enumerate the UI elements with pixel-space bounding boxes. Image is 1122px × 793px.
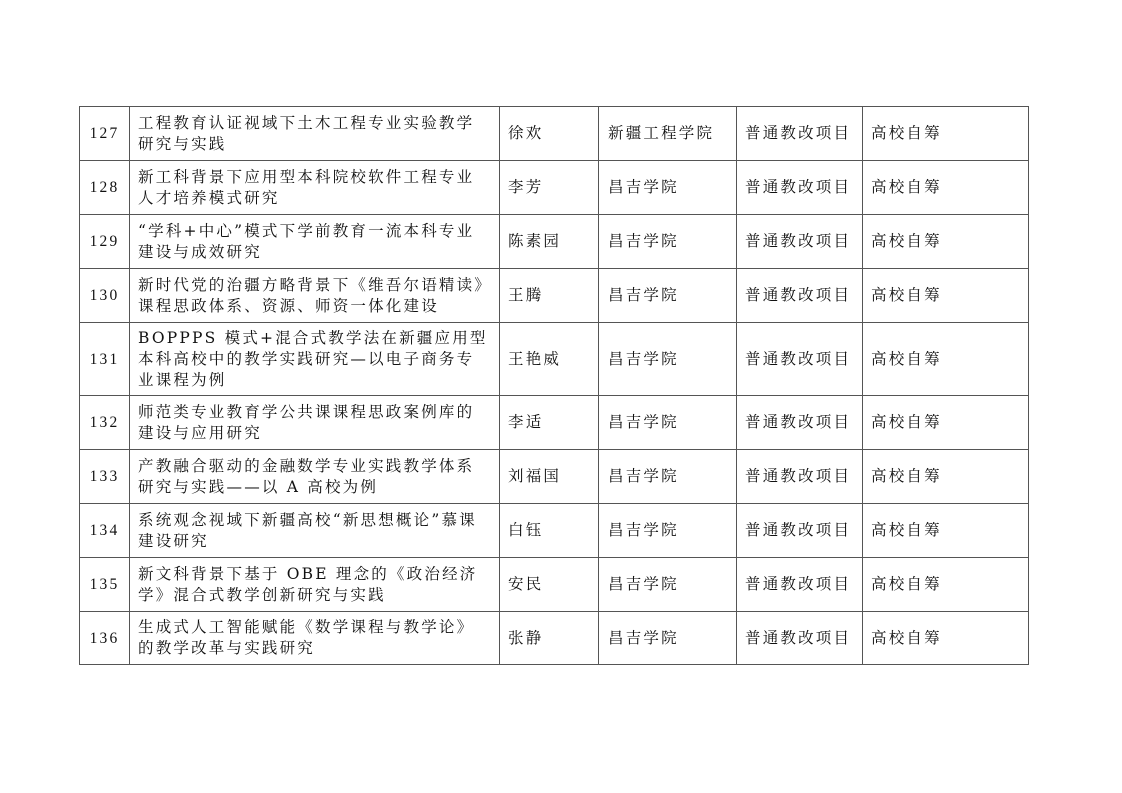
- project-title-line: 工程教育认证视域下土木工程专业实验教学: [138, 113, 497, 134]
- funding-source: 高校自筹: [863, 269, 1029, 323]
- project-type: 普通教改项目: [737, 269, 863, 323]
- school-name: 昌吉学院: [599, 558, 737, 612]
- project-type: 普通教改项目: [737, 161, 863, 215]
- school-name: 新疆工程学院: [599, 107, 737, 161]
- project-leader: 王艳威: [500, 323, 599, 396]
- table-row: 135 新文科背景下基于 OBE 理念的《政治经济 学》混合式教学创新研究与实践…: [80, 558, 1029, 612]
- funding-source: 高校自筹: [863, 450, 1029, 504]
- funding-source: 高校自筹: [863, 558, 1029, 612]
- project-title-line: 新时代党的治疆方略背景下《维吾尔语精读》: [138, 275, 497, 296]
- funding-source: 高校自筹: [863, 161, 1029, 215]
- project-title-line: 课程思政体系、资源、师资一体化建设: [138, 296, 497, 317]
- project-title-line: BOPPPS 模式+混合式教学法在新疆应用型: [138, 328, 497, 349]
- table-row: 133 产教融合驱动的金融数学专业实践教学体系 研究与实践——以 A 高校为例 …: [80, 450, 1029, 504]
- project-leader: 陈素园: [500, 215, 599, 269]
- table-row: 127 工程教育认证视域下土木工程专业实验教学 研究与实践 徐欢 新疆工程学院 …: [80, 107, 1029, 161]
- school-name: 昌吉学院: [599, 215, 737, 269]
- table-row: 130 新时代党的治疆方略背景下《维吾尔语精读》 课程思政体系、资源、师资一体化…: [80, 269, 1029, 323]
- row-number: 136: [80, 612, 130, 665]
- project-type: 普通教改项目: [737, 612, 863, 665]
- project-title-line: 新工科背景下应用型本科院校软件工程专业: [138, 167, 497, 188]
- table-row: 128 新工科背景下应用型本科院校软件工程专业 人才培养模式研究 李芳 昌吉学院…: [80, 161, 1029, 215]
- project-type: 普通教改项目: [737, 450, 863, 504]
- school-name: 昌吉学院: [599, 450, 737, 504]
- project-title: “学科+中心”模式下学前教育一流本科专业 建设与成效研究: [130, 215, 500, 269]
- document-page: 127 工程教育认证视域下土木工程专业实验教学 研究与实践 徐欢 新疆工程学院 …: [0, 0, 1122, 793]
- project-title-line: 学》混合式教学创新研究与实践: [138, 585, 497, 606]
- table-row: 132 师范类专业教育学公共课课程思政案例库的 建设与应用研究 李适 昌吉学院 …: [80, 396, 1029, 450]
- project-leader: 刘福国: [500, 450, 599, 504]
- school-name: 昌吉学院: [599, 504, 737, 558]
- row-number: 135: [80, 558, 130, 612]
- project-table: 127 工程教育认证视域下土木工程专业实验教学 研究与实践 徐欢 新疆工程学院 …: [79, 106, 1029, 665]
- project-type: 普通教改项目: [737, 323, 863, 396]
- project-leader: 白钰: [500, 504, 599, 558]
- project-type: 普通教改项目: [737, 396, 863, 450]
- school-name: 昌吉学院: [599, 269, 737, 323]
- funding-source: 高校自筹: [863, 396, 1029, 450]
- project-title: 新文科背景下基于 OBE 理念的《政治经济 学》混合式教学创新研究与实践: [130, 558, 500, 612]
- funding-source: 高校自筹: [863, 215, 1029, 269]
- project-title-line: 研究与实践——以 A 高校为例: [138, 477, 497, 498]
- row-number: 129: [80, 215, 130, 269]
- row-number: 130: [80, 269, 130, 323]
- project-leader: 安民: [500, 558, 599, 612]
- project-title: 新工科背景下应用型本科院校软件工程专业 人才培养模式研究: [130, 161, 500, 215]
- school-name: 昌吉学院: [599, 161, 737, 215]
- funding-source: 高校自筹: [863, 323, 1029, 396]
- project-leader: 王腾: [500, 269, 599, 323]
- table-row: 134 系统观念视域下新疆高校“新思想概论”慕课 建设研究 白钰 昌吉学院 普通…: [80, 504, 1029, 558]
- table-row: 136 生成式人工智能赋能《数学课程与教学论》 的教学改革与实践研究 张静 昌吉…: [80, 612, 1029, 665]
- project-title: 产教融合驱动的金融数学专业实践教学体系 研究与实践——以 A 高校为例: [130, 450, 500, 504]
- table-row: 131 BOPPPS 模式+混合式教学法在新疆应用型 本科高校中的教学实践研究—…: [80, 323, 1029, 396]
- funding-source: 高校自筹: [863, 612, 1029, 665]
- project-title-line: 建设与成效研究: [138, 242, 497, 263]
- row-number: 132: [80, 396, 130, 450]
- school-name: 昌吉学院: [599, 612, 737, 665]
- project-title: 工程教育认证视域下土木工程专业实验教学 研究与实践: [130, 107, 500, 161]
- project-title-line: 人才培养模式研究: [138, 188, 497, 209]
- project-title-line: 研究与实践: [138, 134, 497, 155]
- project-title: 系统观念视域下新疆高校“新思想概论”慕课 建设研究: [130, 504, 500, 558]
- project-title: 新时代党的治疆方略背景下《维吾尔语精读》 课程思政体系、资源、师资一体化建设: [130, 269, 500, 323]
- project-title-line: 本科高校中的教学实践研究—以电子商务专: [138, 349, 497, 370]
- project-title: BOPPPS 模式+混合式教学法在新疆应用型 本科高校中的教学实践研究—以电子商…: [130, 323, 500, 396]
- project-title: 生成式人工智能赋能《数学课程与教学论》 的教学改革与实践研究: [130, 612, 500, 665]
- project-title-line: 的教学改革与实践研究: [138, 638, 497, 659]
- project-title: 师范类专业教育学公共课课程思政案例库的 建设与应用研究: [130, 396, 500, 450]
- project-type: 普通教改项目: [737, 504, 863, 558]
- project-title-line: 产教融合驱动的金融数学专业实践教学体系: [138, 456, 497, 477]
- project-leader: 李适: [500, 396, 599, 450]
- funding-source: 高校自筹: [863, 107, 1029, 161]
- project-title-line: 生成式人工智能赋能《数学课程与教学论》: [138, 617, 497, 638]
- project-leader: 李芳: [500, 161, 599, 215]
- project-title-line: 师范类专业教育学公共课课程思政案例库的: [138, 402, 497, 423]
- project-title-line: “学科+中心”模式下学前教育一流本科专业: [138, 221, 497, 242]
- project-title-line: 系统观念视域下新疆高校“新思想概论”慕课: [138, 510, 497, 531]
- project-type: 普通教改项目: [737, 215, 863, 269]
- school-name: 昌吉学院: [599, 396, 737, 450]
- project-type: 普通教改项目: [737, 107, 863, 161]
- project-leader: 徐欢: [500, 107, 599, 161]
- row-number: 127: [80, 107, 130, 161]
- funding-source: 高校自筹: [863, 504, 1029, 558]
- table-row: 129 “学科+中心”模式下学前教育一流本科专业 建设与成效研究 陈素园 昌吉学…: [80, 215, 1029, 269]
- project-title-line: 新文科背景下基于 OBE 理念的《政治经济: [138, 564, 497, 585]
- project-title-line: 建设研究: [138, 531, 497, 552]
- project-leader: 张静: [500, 612, 599, 665]
- project-type: 普通教改项目: [737, 558, 863, 612]
- school-name: 昌吉学院: [599, 323, 737, 396]
- row-number: 134: [80, 504, 130, 558]
- row-number: 131: [80, 323, 130, 396]
- row-number: 128: [80, 161, 130, 215]
- row-number: 133: [80, 450, 130, 504]
- project-title-line: 建设与应用研究: [138, 423, 497, 444]
- project-title-line: 业课程为例: [138, 370, 497, 391]
